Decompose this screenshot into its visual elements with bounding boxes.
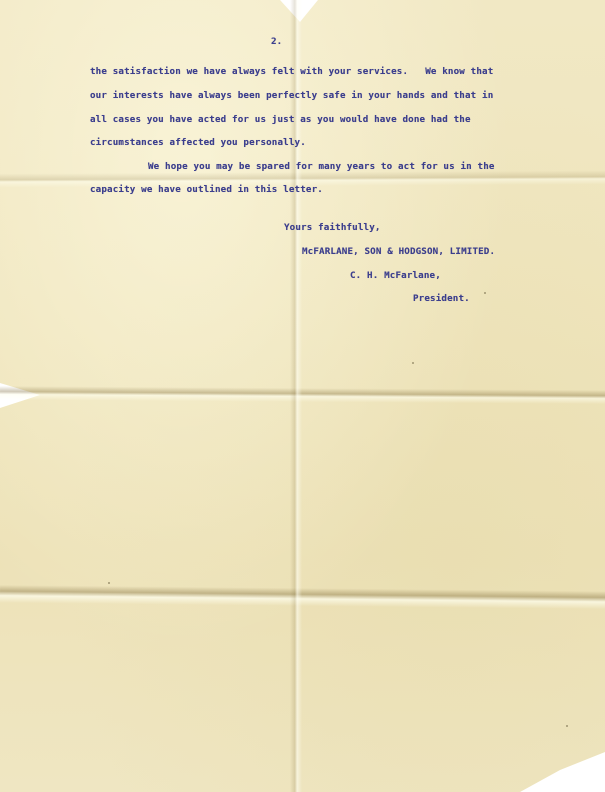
body-line: circumstances affected you personally. [90, 137, 306, 148]
paper-speck [412, 362, 414, 364]
company-name: McFARLANE, SON & HODGSON, LIMITED. [302, 246, 495, 257]
closing-salutation: Yours faithfully, [284, 222, 381, 233]
body-line: capacity we have outlined in this letter… [90, 184, 323, 195]
paper-speck [108, 582, 110, 584]
body-line: our interests have always been perfectly… [90, 90, 493, 101]
paper-speck [484, 292, 486, 294]
body-line: the satisfaction we have always felt wit… [90, 66, 493, 77]
page-number: 2. [271, 36, 282, 47]
paper-speck [566, 725, 568, 727]
body-line: We hope you may be spared for many years… [148, 161, 495, 172]
signer-name: C. H. McFarlane, [350, 270, 441, 281]
body-line: all cases you have acted for us just as … [90, 114, 471, 125]
signer-title: President. [413, 293, 470, 304]
